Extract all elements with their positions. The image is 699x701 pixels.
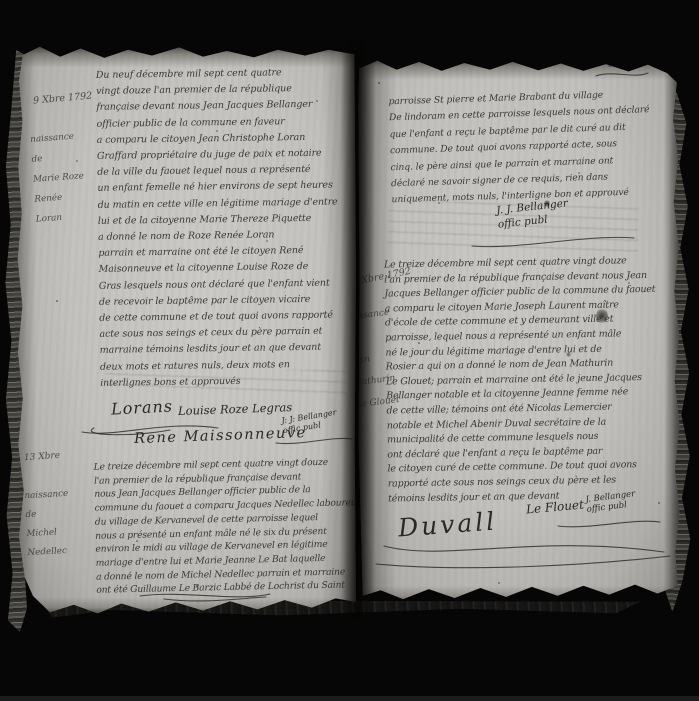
signature-duvall: Duvall — [397, 507, 498, 543]
handwritten-line: Marie Roze — [32, 166, 84, 190]
signature-louise-roze-legras: Louise Roze Legras — [178, 400, 293, 418]
register-photo: 9 Xbre 1792 naissancedeMarie RozeRenéeLo… — [0, 0, 699, 701]
margin-date-entry1: 9 Xbre 1792 — [33, 90, 93, 106]
margin-note-entry1: naissancedeMarie RozeRenéeLoran — [30, 126, 88, 229]
margin-note-entry2: naissancedeMichelNedellec — [24, 485, 72, 563]
handwritten-line: Loran — [35, 206, 87, 230]
handwritten-line: naissance — [24, 485, 69, 506]
signature-rene-maissonneuve: Rene Maissonneuve — [134, 425, 307, 447]
handwritten-line: Michel — [26, 523, 71, 544]
handwritten-line: naissance — [30, 126, 82, 150]
duvall-flourish — [374, 536, 674, 570]
birth-entry-3-text: parroisse St pierre et Marie Brabant du … — [388, 86, 663, 209]
handwritten-line: de — [25, 504, 70, 525]
folio-flourish — [594, 68, 650, 80]
officer-flourish-right-bottom — [554, 514, 664, 530]
birth-entry-1-text: Du neuf décembre mil sept cent quatrevin… — [96, 64, 364, 392]
margin-date-entry2: 13 Xbre — [24, 451, 61, 463]
handwritten-line: Nedellec — [27, 542, 72, 563]
ink-specks — [16, 40, 18, 42]
ink-specks — [378, 82, 380, 84]
birth-entry-2-text: Le treize décembre mil sept cent quatre … — [94, 455, 357, 597]
folio-number: 27 — [607, 57, 621, 69]
signature-lorans: Lorans — [111, 396, 174, 418]
right-page: 27 parroisse St pierre et Marie Brabant … — [358, 52, 680, 608]
left-page: 9 Xbre 1792 naissancedeMarie RozeRenéeLo… — [16, 40, 356, 618]
birth-entry-4-text: Le treize décembre mil sept cent quatre … — [384, 253, 678, 506]
